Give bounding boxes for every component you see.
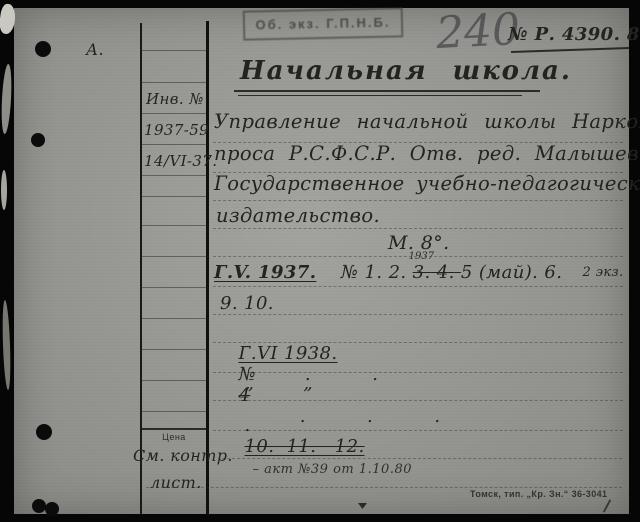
writing-rule: [213, 286, 623, 287]
library-stamp: Об. экз. Г.П.Н.Б.: [243, 7, 404, 40]
hole-punch: [31, 133, 45, 147]
hole-punch: [35, 41, 51, 57]
body-line-publisher-1: Управление начальной школы Нарком-: [214, 111, 640, 133]
issues-struck-10-11-12: 10. 11. 12.: [245, 436, 365, 457]
writing-rule: [213, 314, 623, 315]
body-line-publisher-4: издательство.: [216, 205, 380, 227]
issues-1937-rest: 5 (май). 6.: [461, 262, 562, 283]
column-rule: [141, 287, 207, 288]
issues-1937-copies: 2 экз.: [582, 265, 623, 280]
act-note: – акт №39 от 1.10.80: [253, 462, 413, 477]
title-underline: [234, 90, 540, 92]
column-rule: [141, 113, 207, 114]
scanned-card: А. Об. экз. Г.П.Н.Б. 240 № Р. 4390. 8° Н…: [0, 0, 640, 522]
price-label: Цена: [141, 432, 207, 442]
column-rule: [141, 175, 207, 176]
issues-1937-line: Г.V. 1937. № 1. 2. 19373. 4. 5 (май). 6.…: [214, 262, 624, 283]
title-underline: [238, 95, 522, 96]
column-rule: [141, 50, 207, 51]
issues-1937-prefix: № 1. 2.: [341, 262, 407, 283]
column-rule: [141, 256, 207, 257]
issues-1937-superscript: 1937: [409, 251, 434, 262]
body-line-publisher-3: Государственное учебно-педагогическое: [214, 173, 640, 195]
ditto-marks: „ „: [245, 373, 313, 394]
control-note-line1: См. контр.: [133, 446, 233, 465]
page-title: Начальная школа.: [240, 56, 572, 86]
spacer: [245, 394, 294, 415]
price-section-rule: [141, 428, 207, 430]
ditto-dot: .: [245, 415, 288, 436]
year-1937-label: Г.V. 1937.: [214, 262, 316, 283]
inventory-number: 1937-59: [144, 121, 209, 139]
spacer: [323, 262, 335, 283]
issues-1937-struck: 19373. 4.: [413, 262, 461, 283]
column-rule: [141, 349, 207, 350]
inventory-date: 14/VI-37.: [144, 152, 217, 170]
column-rule: [141, 225, 207, 226]
hole-punch: [45, 502, 59, 516]
column-rule: [141, 380, 207, 381]
column-rule: [141, 144, 207, 145]
column-rule: [141, 318, 207, 319]
writing-rule: [213, 228, 623, 229]
torn-edge-speck: [0, 64, 13, 134]
writing-rule: [213, 200, 623, 201]
column-rule: [141, 82, 207, 83]
printer-imprint: Томск, тип. „Кр. Зн.“ 36-3041: [470, 489, 607, 499]
registry-number: № Р. 4390. 8°: [508, 24, 640, 45]
inventory-label: Инв. №: [146, 90, 204, 108]
corner-letter: А.: [86, 40, 104, 59]
hole-punch: [36, 424, 52, 440]
torn-edge-speck: [1, 300, 11, 390]
issues-1937-struck-text: 3. 4.: [413, 262, 455, 283]
control-note-line2: лист.: [150, 473, 202, 492]
hole-punch: [32, 499, 46, 513]
body-line-publisher-2: проса Р.С.Ф.С.Р. Отв. ред. Малышев.: [214, 143, 640, 165]
torn-edge-speck: [1, 170, 7, 210]
issues-ditto-line: „ „ . 10. 11. 12. – акт №39 от 1.10.80: [220, 352, 412, 499]
column-rule: [141, 411, 207, 412]
issues-1937-continued: 9. 10.: [220, 293, 274, 314]
column-rule: [141, 196, 207, 197]
